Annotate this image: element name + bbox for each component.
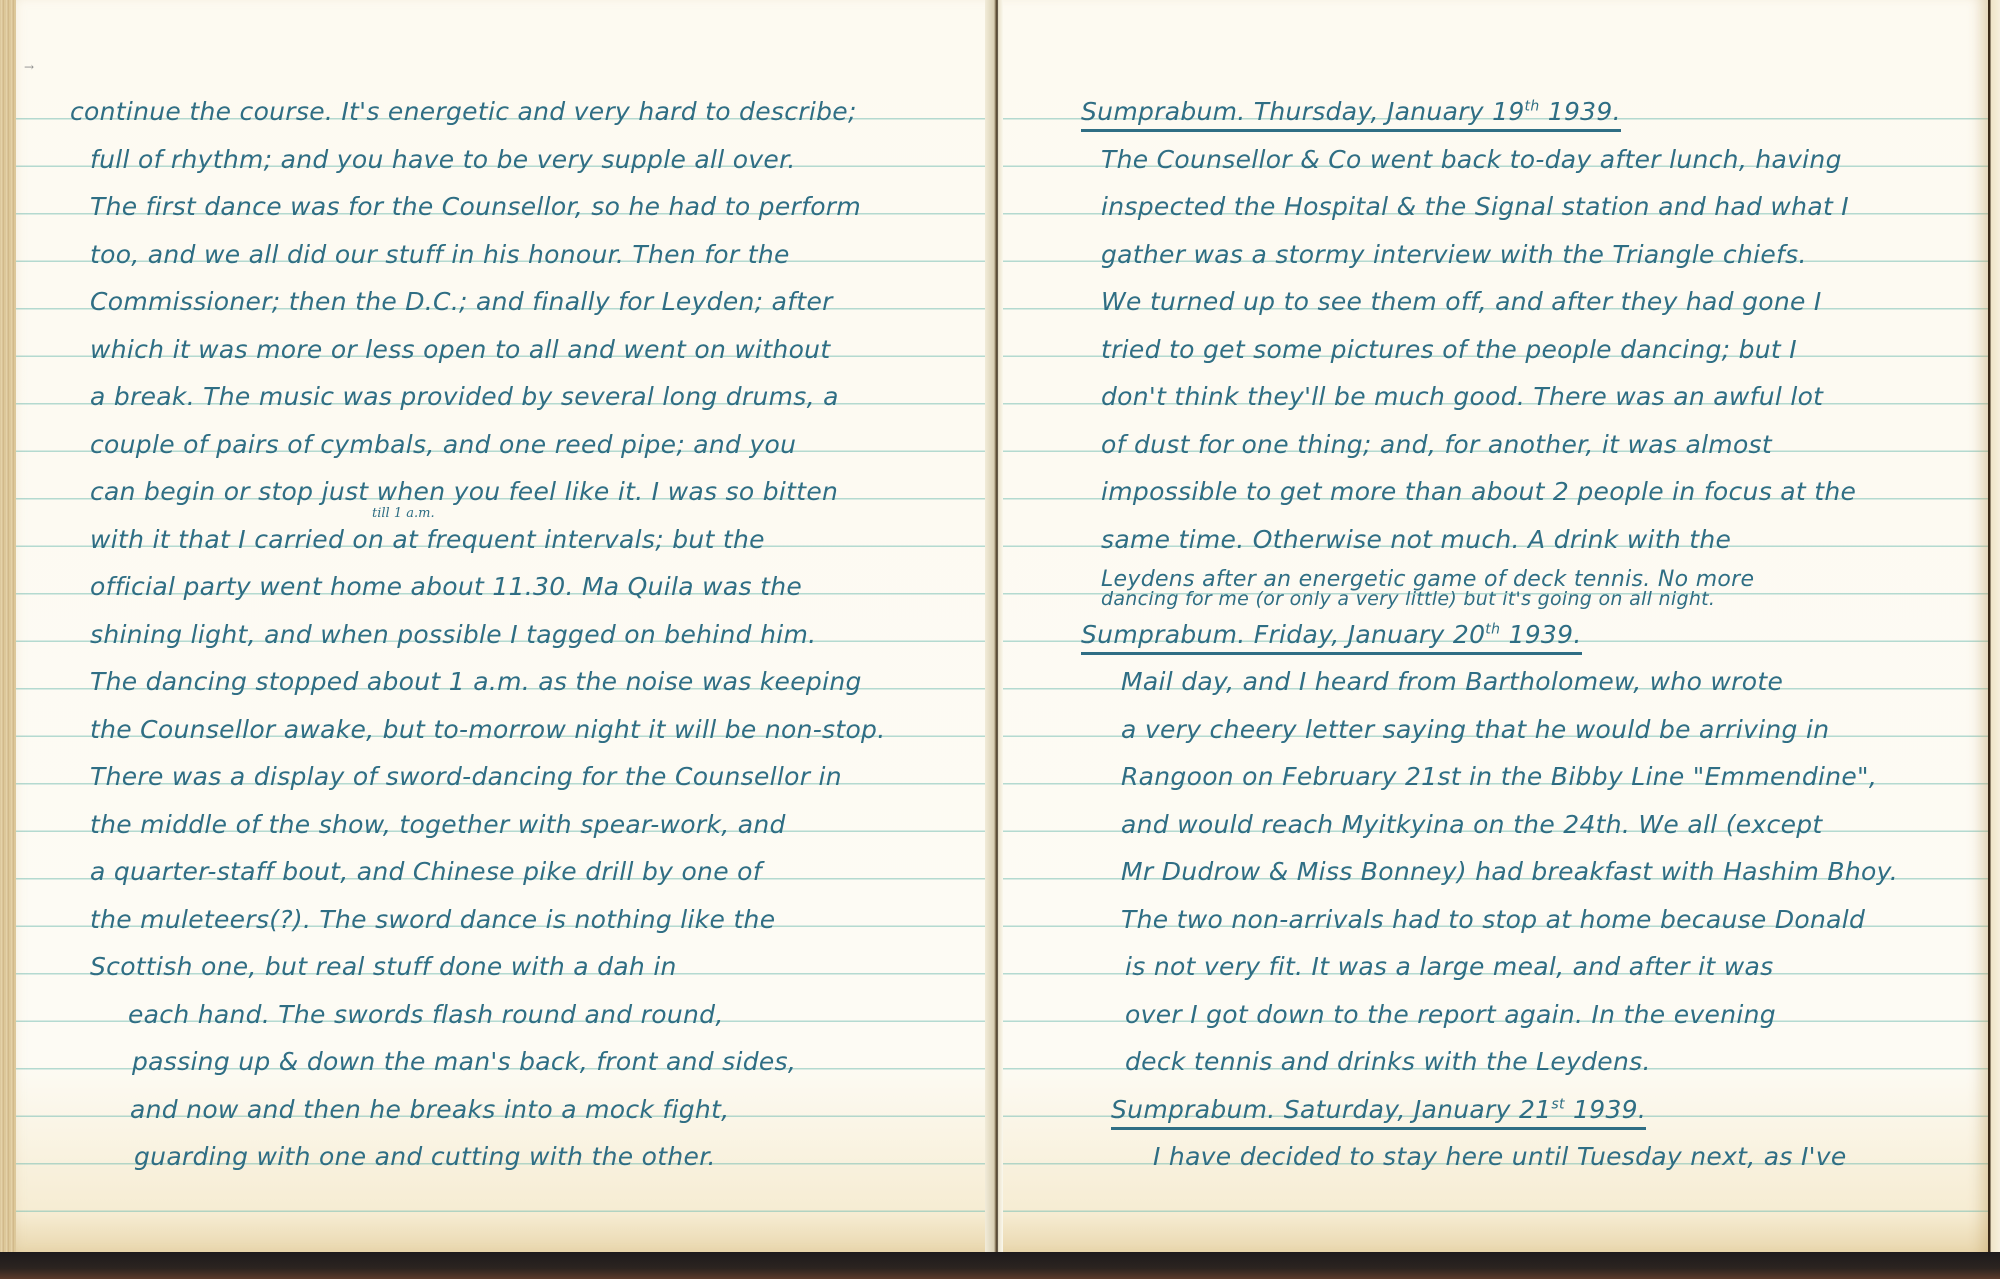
text-line: a break. The music was provided by sever… <box>70 373 970 421</box>
text-line: guarding with one and cutting with the o… <box>70 1133 970 1181</box>
left-page: → continue the course. It's energetic an… <box>0 0 985 1252</box>
text-line: full of rhythm; and you have to be very … <box>70 136 970 184</box>
text-line: the Counsellor awake, but to-morrow nigh… <box>70 706 970 754</box>
right-page-text: Sumprabum. Thursday, January 19th 1939. … <box>1081 88 1971 1181</box>
entry-heading-saturday: Sumprabum. Saturday, January 21st 1939. <box>1081 1086 1971 1134</box>
text-line: with it that I carried on at frequent in… <box>70 516 970 564</box>
text-line: inspected the Hospital & the Signal stat… <box>1081 183 1971 231</box>
text-line: tried to get some pictures of the people… <box>1081 326 1971 374</box>
right-page: Sumprabum. Thursday, January 19th 1939. … <box>1003 0 1988 1252</box>
interlinear-insertion: till 1 a.m. <box>372 507 435 521</box>
notebook-spread: → continue the course. It's energetic an… <box>0 0 2000 1252</box>
text-line: Commissioner; then the D.C.; and finally… <box>70 278 970 326</box>
text-line: Mr Dudrow & Miss Bonney) had breakfast w… <box>1081 848 1971 896</box>
text-line: Rangoon on February 21st in the Bibby Li… <box>1081 753 1971 801</box>
table-surface <box>0 1252 2000 1279</box>
text-line: couple of pairs of cymbals, and one reed… <box>70 421 970 469</box>
text-line: a very cheery letter saying that he woul… <box>1081 706 1971 754</box>
margin-arrow-mark: → <box>24 60 34 74</box>
text-line: and now and then he breaks into a mock f… <box>70 1086 970 1134</box>
text-line: gather was a stormy interview with the T… <box>1081 231 1971 279</box>
text-line: passing up & down the man's back, front … <box>70 1038 970 1086</box>
text-line: a quarter-staff bout, and Chinese pike d… <box>70 848 970 896</box>
text-line: dancing for me (or only a very little) b… <box>1101 591 1971 607</box>
text-line: official party went home about 11.30. Ma… <box>70 563 970 611</box>
text-line: There was a display of sword-dancing for… <box>70 753 970 801</box>
text-line: Scottish one, but real stuff done with a… <box>70 943 970 991</box>
text-line: shining light, and when possible I tagge… <box>70 611 970 659</box>
text-line: continue the course. It's energetic and … <box>70 88 970 136</box>
text-line: don't think they'll be much good. There … <box>1081 373 1971 421</box>
text-line: the muleteers(?). The sword dance is not… <box>70 896 970 944</box>
text-line: Mail day, and I heard from Bartholomew, … <box>1081 658 1971 706</box>
entry-heading-thursday: Sumprabum. Thursday, January 19th 1939. <box>1081 88 1971 136</box>
text-line: over I got down to the report again. In … <box>1081 991 1971 1039</box>
book-gutter <box>985 0 1003 1252</box>
text-line: The Counsellor & Co went back to-day aft… <box>1081 136 1971 184</box>
text-line: which it was more or less open to all an… <box>70 326 970 374</box>
text-line: deck tennis and drinks with the Leydens. <box>1081 1038 1971 1086</box>
text-line: same time. Otherwise not much. A drink w… <box>1081 516 1971 564</box>
text-line: the middle of the show, together with sp… <box>70 801 970 849</box>
text-line: The two non-arrivals had to stop at home… <box>1081 896 1971 944</box>
text-line: each hand. The swords flash round and ro… <box>70 991 970 1039</box>
text-line: and would reach Myitkyina on the 24th. W… <box>1081 801 1971 849</box>
left-page-text: continue the course. It's energetic and … <box>70 88 970 1181</box>
text-line: The dancing stopped about 1 a.m. as the … <box>70 658 970 706</box>
page-edge <box>1988 0 2000 1252</box>
text-line: can begin or stop just when you feel lik… <box>70 468 970 516</box>
text-line: I have decided to stay here until Tuesda… <box>1081 1133 1971 1181</box>
text-line: We turned up to see them off, and after … <box>1081 278 1971 326</box>
entry-heading-friday: Sumprabum. Friday, January 20th 1939. <box>1081 611 1971 659</box>
text-line: of dust for one thing; and, for another,… <box>1081 421 1971 469</box>
text-line: The first dance was for the Counsellor, … <box>70 183 970 231</box>
text-line: impossible to get more than about 2 peop… <box>1081 468 1971 516</box>
text-line: too, and we all did our stuff in his hon… <box>70 231 970 279</box>
squeezed-lines: Leydens after an energetic game of deck … <box>1081 563 1971 611</box>
text-line: is not very fit. It was a large meal, an… <box>1081 943 1971 991</box>
